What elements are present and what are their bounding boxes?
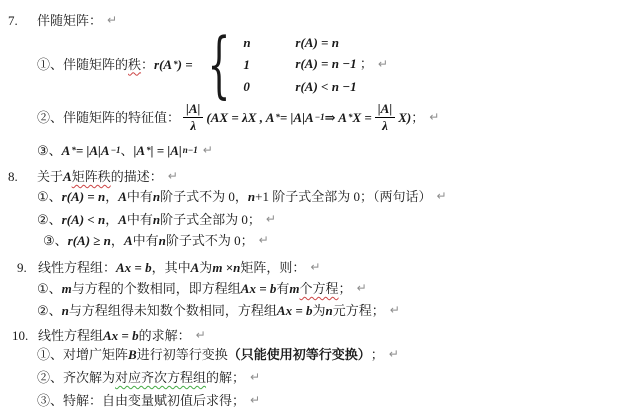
- paragraph-mark-icon: ↵: [259, 232, 269, 249]
- grammar-underline-run: 对应齐次方程组: [115, 369, 206, 386]
- math-run: X): [398, 109, 411, 126]
- math-run: Ax = b: [103, 327, 139, 344]
- math-run: n: [248, 188, 255, 205]
- paragraph-mark-icon: ↵: [196, 327, 206, 344]
- text-run: ；: [371, 346, 384, 363]
- item-10-heading: 10.线性方程组Ax = b的求解：↵: [0, 327, 624, 344]
- case-value: n: [243, 34, 295, 51]
- document-page: 7.伴随矩阵：↵①、伴随矩阵的秩： r(A*) = {nr(A) = n1r(A…: [0, 0, 624, 409]
- text-run: ①、伴随矩阵的: [37, 56, 128, 73]
- misspelling-underline-run: 秩: [128, 56, 141, 73]
- math-run: A: [191, 259, 200, 276]
- math-run: n: [326, 302, 333, 319]
- math-run: A: [62, 142, 71, 159]
- fraction-numerator: |A|: [375, 101, 395, 118]
- text-run: 中有: [133, 232, 159, 249]
- text-run: 有: [276, 280, 289, 297]
- item-9-sub-2: ②、n与方程组得未知数个数相同，方程组Ax = b为n元方程；↵: [0, 302, 624, 319]
- text-run: ：: [141, 56, 154, 73]
- list-number: 7.: [8, 12, 37, 29]
- item-7-sub-1: ①、伴随矩阵的秩： r(A*) = {nr(A) = n1r(A) = n −1…: [0, 31, 624, 97]
- misspelling-underline-run: 个方程: [300, 280, 339, 297]
- math-run: A: [118, 188, 127, 205]
- fraction-numerator: |A|: [183, 101, 203, 118]
- paragraph-mark-icon: ↵: [310, 259, 320, 276]
- math-run: A: [124, 232, 133, 249]
- text-run: 伴随矩阵：: [37, 12, 102, 29]
- text-run: 与方程的个数相同，即方程组: [72, 280, 241, 297]
- math-run: r(A: [154, 56, 172, 73]
- math-run: A: [63, 168, 72, 185]
- text-run: ，其中: [152, 259, 191, 276]
- item-7-sub-3: ③、 A* = |A|A−1、 |A*| = |A|n−1↵: [0, 142, 624, 159]
- bold-text-run: （只能使用初等行变换）: [228, 346, 371, 363]
- math-superscript: −1: [111, 146, 121, 155]
- item-10-sub-1: ①、对增广矩阵B进行初等行变换（只能使用初等行变换）；↵: [0, 346, 624, 363]
- text-run: 为: [199, 259, 212, 276]
- list-number: 10.: [12, 327, 38, 344]
- misspelling-underline-run: 矩阵秩: [72, 168, 111, 185]
- text-run: 线性方程组：: [38, 259, 116, 276]
- paragraph-mark-icon: ↵: [378, 57, 388, 71]
- math-run: | = |A|: [151, 142, 182, 159]
- math-run: A: [118, 211, 127, 228]
- item-7-heading: 7.伴随矩阵：↵: [0, 12, 624, 29]
- math-run: |A: [134, 142, 146, 159]
- math-run: m ×n: [212, 259, 240, 276]
- math-run: m: [62, 280, 72, 297]
- case-value: 0: [243, 78, 295, 95]
- item-8-sub-3: ③、r(A) ≥ n， A中有n阶子式不为 0；↵: [0, 232, 624, 249]
- case-condition: r(A) = n −1 ；↵: [295, 55, 387, 73]
- text-run: ①、: [37, 188, 62, 205]
- text-run: 的解；: [206, 369, 245, 386]
- text-run: ①、对增广矩阵: [37, 346, 128, 363]
- text-run: ；: [411, 109, 424, 126]
- case-condition: r(A) = n: [295, 34, 339, 51]
- text-run: 矩阵，则：: [240, 259, 305, 276]
- math-run: = |A|A: [280, 109, 314, 126]
- math-run: Ax = b: [277, 302, 313, 319]
- math-run: ) =: [178, 56, 193, 73]
- text-run: ，: [105, 211, 118, 228]
- item-10-sub-3: ③、特解：自由变量赋初值后求得；↵: [0, 392, 624, 409]
- math-superscript: n−1: [183, 146, 198, 155]
- math-run: r(A) < n: [62, 211, 106, 228]
- item-9-heading: 9.线性方程组： Ax = b，其中A为m ×n矩阵，则：↵: [0, 259, 624, 276]
- math-run: n: [153, 211, 160, 228]
- math-run: r(A) = n: [62, 188, 106, 205]
- math-run: 0: [243, 79, 250, 94]
- math-run: r(A) = n: [295, 35, 339, 50]
- text-run: 与方程组得未知数个数相同，方程组: [69, 302, 277, 319]
- math-run: n: [159, 232, 166, 249]
- cases-rows: nr(A) = n1r(A) = n −1 ；↵0r(A) < n −1: [243, 31, 387, 97]
- paragraph-mark-icon: ↵: [266, 211, 276, 228]
- math-run: Ax = b: [241, 280, 277, 297]
- text-run: 中有: [127, 188, 153, 205]
- text-run: 阶子式不为 0；: [166, 232, 254, 249]
- fraction: |A|λ: [375, 101, 395, 133]
- math-run: m: [289, 280, 299, 297]
- paragraph-mark-icon: ↵: [357, 280, 367, 297]
- paragraph-mark-icon: ↵: [436, 188, 446, 205]
- text-run: 阶子式全部为 0；: [160, 211, 261, 228]
- math-superscript: −1: [315, 113, 325, 122]
- math-run: n: [153, 188, 160, 205]
- text-run: ②、: [37, 302, 62, 319]
- text-run: ②、齐次解为: [37, 369, 115, 386]
- fraction: |A|λ: [183, 101, 203, 133]
- item-8-sub-1: ①、r(A) = n， A中有n阶子式不为 0， n +1 阶子式全部为 0；（…: [0, 188, 624, 205]
- text-run: ；: [339, 280, 352, 297]
- math-run: (AX = λX , A: [206, 109, 274, 126]
- text-run: ③、特解：自由变量赋初值后求得；: [37, 392, 245, 409]
- paragraph-mark-icon: ↵: [107, 12, 117, 29]
- text-run: 中有: [127, 211, 153, 228]
- item-10-sub-2: ②、齐次解为对应齐次方程组的解；↵: [0, 369, 624, 386]
- text-run: 关于: [37, 168, 63, 185]
- text-run: 阶子式不为 0，: [160, 188, 248, 205]
- case-row: 1r(A) = n −1 ；↵: [243, 53, 387, 75]
- text-run: 为: [313, 302, 326, 319]
- case-condition: r(A) < n −1: [295, 78, 356, 95]
- case-row: nr(A) = n: [243, 31, 387, 53]
- text-run: 、: [121, 142, 134, 159]
- list-number: 9.: [17, 259, 38, 276]
- paragraph-mark-icon: ↵: [250, 392, 260, 409]
- text-run: +1 阶子式全部为 0；（两句话）: [255, 188, 431, 205]
- math-run: n: [243, 35, 250, 50]
- list-number: 8.: [8, 168, 37, 185]
- text-run: ③、: [43, 232, 68, 249]
- math-run: Ax = b: [116, 259, 152, 276]
- text-run: ，: [111, 232, 124, 249]
- cases-construct: {nr(A) = n1r(A) = n −1 ；↵0r(A) < n −1: [196, 31, 388, 97]
- math-run: n: [62, 302, 69, 319]
- item-8-heading: 8.关于A矩阵秩的描述：↵: [0, 168, 624, 185]
- paragraph-mark-icon: ↵: [168, 168, 178, 185]
- left-brace-icon: {: [207, 31, 230, 97]
- math-run: ⇒ A: [325, 109, 347, 126]
- paragraph-mark-icon: ↵: [250, 369, 260, 386]
- case-value: 1: [243, 56, 295, 73]
- text-run: ③、: [37, 142, 62, 159]
- fraction-denominator: λ: [190, 118, 196, 133]
- math-run: 1: [243, 57, 250, 72]
- math-run: = |A|A: [76, 142, 110, 159]
- paragraph-mark-icon: ↵: [389, 346, 399, 363]
- math-run: r(A) ≥ n: [68, 232, 111, 249]
- math-run: B: [128, 346, 137, 363]
- text-run: 的求解：: [139, 327, 191, 344]
- paragraph-mark-icon: ↵: [203, 142, 213, 159]
- paragraph-mark-icon: ↵: [390, 302, 400, 319]
- item-8-sub-2: ②、r(A) < n， A中有n阶子式全部为 0；↵: [0, 211, 624, 228]
- fraction-denominator: λ: [382, 118, 388, 133]
- item-7-sub-2: ②、伴随矩阵的特征值： |A|λ (AX = λX , A* = |A|A−1 …: [0, 101, 624, 133]
- paragraph-mark-icon: ↵: [429, 109, 439, 126]
- text-run: ；: [357, 56, 373, 71]
- text-run: 线性方程组: [38, 327, 103, 344]
- text-run: 进行初等行变换: [137, 346, 228, 363]
- text-run: ①、: [37, 280, 62, 297]
- item-9-sub-1: ①、m与方程的个数相同，即方程组Ax = b有m个方程；↵: [0, 280, 624, 297]
- text-run: ②、: [37, 211, 62, 228]
- math-run: X =: [352, 109, 371, 126]
- math-run: r(A) = n −1: [295, 56, 356, 71]
- text-run: ②、伴随矩阵的特征值：: [37, 109, 180, 126]
- case-row: 0r(A) < n −1: [243, 75, 387, 97]
- text-run: 的描述：: [111, 168, 163, 185]
- text-run: 元方程；: [333, 302, 385, 319]
- math-run: r(A) < n −1: [295, 79, 356, 94]
- text-run: ，: [105, 188, 118, 205]
